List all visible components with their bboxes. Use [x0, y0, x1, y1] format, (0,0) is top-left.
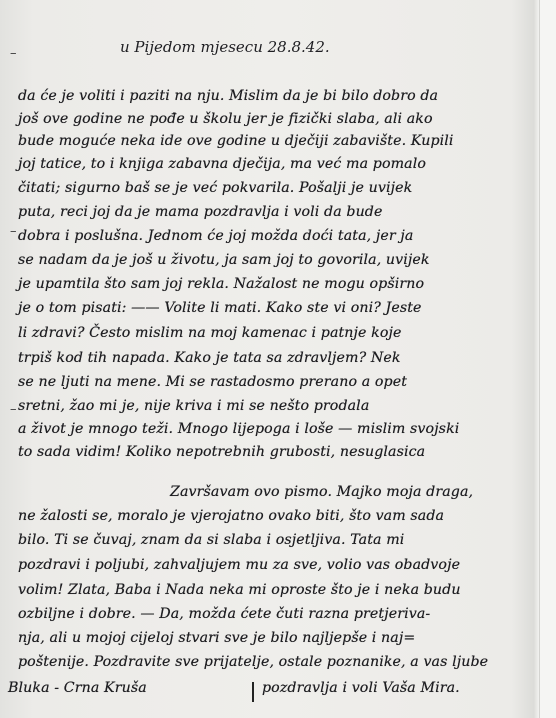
letter-page: – – – u Pijedom mjesecu 28.8.42. da će j… [0, 0, 556, 718]
letter-line: da će je voliti i paziti na nju. Mislim … [18, 88, 438, 104]
margin-mark: – [10, 224, 17, 239]
letter-line: bude moguće neka ide ove godine u dječij… [18, 133, 454, 149]
letter-line: je o tom pisati: —— Volite li mati. Kako… [18, 300, 422, 316]
closing-divider [252, 682, 254, 702]
letter-line: bilo. Ti se čuvaj, znam da si slaba i os… [18, 532, 404, 548]
margin-mark: – [10, 46, 17, 61]
letter-line: još ove godine ne pođe u školu jer je fi… [18, 111, 433, 127]
letter-line: ozbiljne i dobre. — Da, možda ćete čuti … [18, 606, 430, 622]
letter-line: je upamtila što sam joj rekla. Nažalost … [18, 276, 424, 292]
margin-mark: – [10, 402, 17, 417]
letter-line: a život je mnogo teži. Mnogo lijepoga i … [18, 421, 459, 437]
letter-line: poštenije. Pozdravite sve prijatelje, os… [18, 654, 488, 670]
letter-line: se ne ljuti na mene. Mi se rastadosmo pr… [18, 374, 407, 390]
page-edge [539, 0, 556, 718]
letter-line: puta, reci joj da je mama pozdravlja i v… [18, 204, 382, 220]
letter-line: Završavam ovo pismo. Majko moja draga, [170, 484, 473, 500]
letter-date-line: u Pijedom mjesecu 28.8.42. [120, 38, 330, 56]
letter-signature: pozdravlja i voli Vaša Mira. [262, 680, 460, 696]
letter-line: trpiš kod tih napada. Kako je tata sa zd… [18, 350, 401, 366]
letter-line: pozdravi i poljubi, zahvaljujem mu za sv… [18, 557, 460, 573]
letter-line: li zdravi? Često mislim na moj kamenac i… [18, 325, 401, 341]
letter-line: to sada vidim! Koliko nepotrebnih grubos… [18, 444, 425, 460]
letter-line: volim! Zlata, Baba i Nada neka mi oprost… [18, 582, 461, 598]
letter-line: čitati; sigurno baš se je već pokvarila.… [18, 180, 412, 196]
letter-place-signature: Bluka - Crna Kruša [8, 680, 147, 696]
letter-line: dobra i poslušna. Jednom će joj možda do… [18, 228, 413, 244]
letter-line: se nadam da je još u životu, ja sam joj … [18, 252, 430, 268]
letter-line: nja, ali u mojoj cijeloj stvari sve je b… [18, 630, 415, 646]
letter-line: joj tatice, to i knjiga zabavna dječija,… [18, 156, 426, 172]
letter-line: sretni, žao mi je, nije kriva i mi se ne… [18, 398, 369, 414]
letter-line: ne žalosti se, moralo je vjerojatno ovak… [18, 508, 444, 524]
